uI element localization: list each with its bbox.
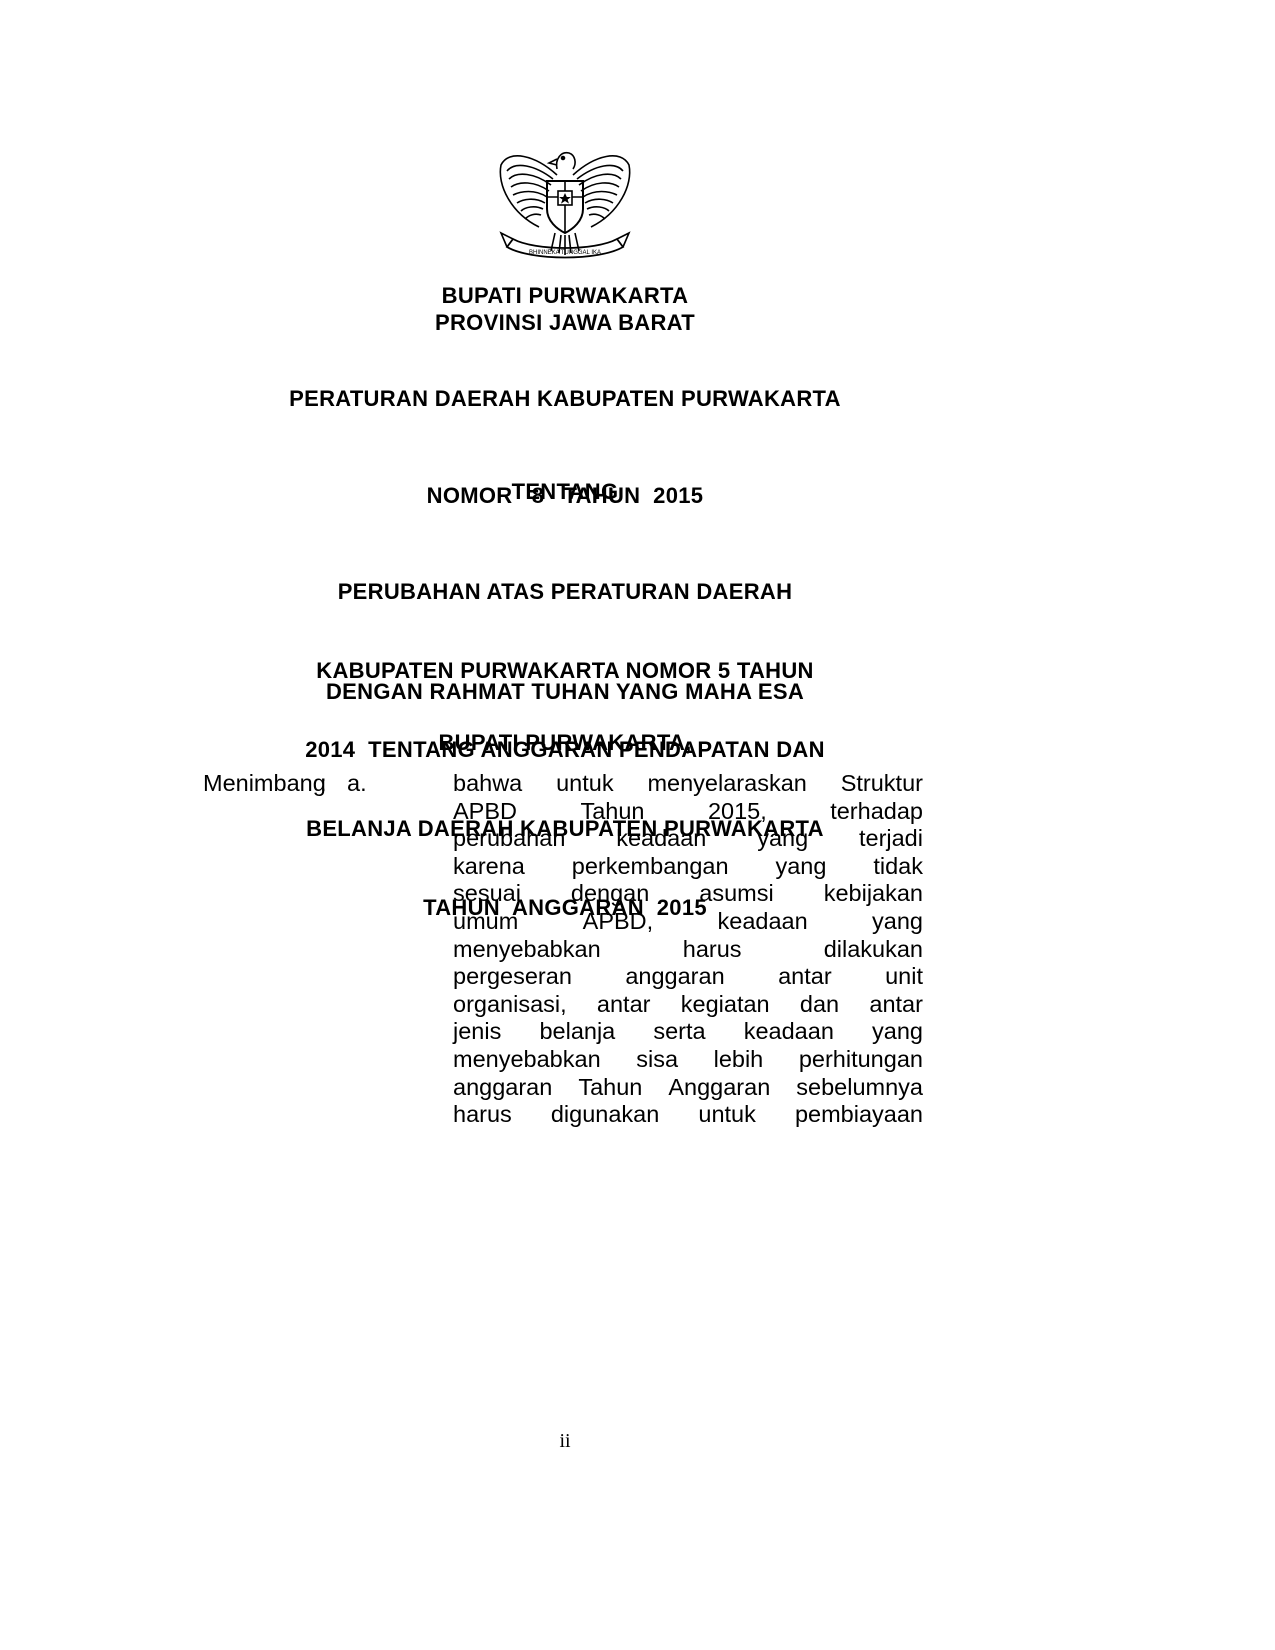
paragraph-line: bahwauntukmenyelaraskanStruktur	[453, 770, 923, 798]
paragraph-line: perubahankeadaanyangterjadi	[453, 825, 923, 853]
tentang-heading: TENTANG	[0, 478, 1130, 505]
invocation: DENGAN RAHMAT TUHAN YANG MAHA ESA	[0, 678, 1130, 705]
issuer-line-2: PROVINSI JAWA BARAT	[0, 309, 1130, 336]
motto-text: BHINNEKA TUNGGAL IKA	[529, 250, 601, 256]
subject-line: PERUBAHAN ATAS PERATURAN DAERAH	[0, 578, 1130, 605]
authority-heading: BUPATI PURWAKARTA,	[0, 729, 1130, 756]
considerations-label: Menimbang	[203, 770, 326, 798]
garuda-emblem-icon: BHINNEKA TUNGGAL IKA	[495, 135, 635, 270]
considerations-separator: :	[320, 770, 327, 798]
item-marker: a.	[347, 770, 367, 798]
paragraph-line: menyebabkanharusdilakukan	[453, 936, 923, 964]
paragraph-line: anggaranTahunAnggaransebelumnya	[453, 1074, 923, 1102]
issuer-line-1: BUPATI PURWAKARTA	[0, 282, 1130, 309]
paragraph-line: organisasi,antarkegiatandanantar	[453, 991, 923, 1019]
regulation-title: PERATURAN DAERAH KABUPATEN PURWAKARTA	[0, 385, 1130, 412]
document-page: BHINNEKA TUNGGAL IKA BUPATI PURWAKARTA P…	[0, 0, 1275, 1650]
paragraph-line: sesuaidenganasumsikebijakan	[453, 880, 923, 908]
paragraph-line: APBDTahun2015,terhadap	[453, 798, 923, 826]
paragraph-line: umumAPBD,keadaanyang	[453, 908, 923, 936]
paragraph-line: jenisbelanjasertakeadaanyang	[453, 1018, 923, 1046]
paragraph-line: harusdigunakanuntukpembiayaan	[453, 1101, 923, 1129]
paragraph-line: pergeserananggaranantarunit	[453, 963, 923, 991]
page-number: ii	[0, 1430, 1130, 1453]
paragraph-line: menyebabkansisalebihperhitungan	[453, 1046, 923, 1074]
consideration-item-a: bahwauntukmenyelaraskanStruktur APBDTahu…	[453, 770, 923, 1129]
issuer-block: BUPATI PURWAKARTA PROVINSI JAWA BARAT	[0, 282, 1130, 336]
paragraph-line: karenaperkembanganyangtidak	[453, 853, 923, 881]
